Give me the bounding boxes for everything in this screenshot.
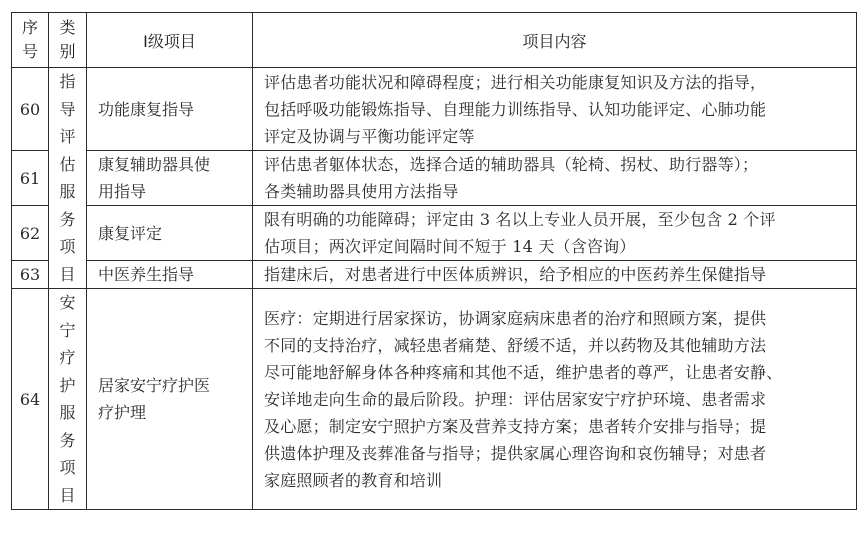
item-name-line: 疗护理: [98, 399, 246, 426]
item-name: 居家安宁疗护医 疗护理: [87, 289, 253, 510]
header-category: 类 别: [49, 13, 87, 68]
header-content: 项目内容: [253, 13, 857, 68]
table-row: 64 安 宁 疗 护 服 务 项 目 居家安宁疗护医 疗护理 医疗：定期进行居家…: [12, 289, 857, 510]
item-content: 评估患者躯体状态，选择合适的辅助器具（轮椅、拐杖、助行器等）； 各类辅助器具使用…: [253, 151, 857, 206]
content-line: 评估患者躯体状态，选择合适的辅助器具（轮椅、拐杖、助行器等）；: [264, 151, 852, 178]
item-name: 康复评定: [87, 206, 253, 261]
content-line: 及心愿；制定安宁照护方案及营养支持方案；患者转介安排与指导；提: [264, 413, 852, 440]
row-number: 64: [12, 289, 49, 510]
header-no-char: 号: [22, 40, 38, 64]
item-content: 评估患者功能状况和障碍程度；进行相关功能康复知识及方法的指导， 包括呼吸功能锻炼…: [253, 68, 857, 151]
category-char: 安: [59, 289, 75, 317]
header-no-char: 序: [22, 16, 38, 40]
service-items-table: 序 号 类 别 Ⅰ级项目 项目内容 60 指 导 评 估 服 务 项 目: [11, 12, 857, 510]
header-category-char: 类: [59, 16, 75, 40]
category-char: 目: [59, 482, 75, 510]
category-char: 务: [59, 206, 75, 234]
content-line: 评定及协调与平衡功能评定等: [264, 123, 852, 150]
content-line: 尽可能地舒解身体各种疼痛和其他不适，维护患者的尊严，让患者安静、: [264, 359, 852, 386]
category-char: 项: [59, 454, 75, 482]
table-row: 62 康复评定 限有明确的功能障碍；评定由 3 名以上专业人员开展，至少包含 2…: [12, 206, 857, 261]
content-line: 限有明确的功能障碍；评定由 3 名以上专业人员开展，至少包含 2 个评: [264, 206, 852, 233]
category-char: 目: [59, 261, 75, 289]
content-line: 估项目；两次评定间隔时间不短于 14 天（含咨询）: [264, 233, 852, 260]
item-name: 功能康复指导: [87, 68, 253, 151]
category-cell: 安 宁 疗 护 服 务 项 目: [49, 289, 87, 510]
category-cell: 指 导 评 估 服 务 项 目: [49, 68, 87, 289]
item-content: 医疗：定期进行居家探访，协调家庭病床患者的治疗和照顾方案，提供 不同的支持治疗，…: [253, 289, 857, 510]
content-line: 家庭照顾者的教育和培训: [264, 467, 852, 494]
content-line: 包括呼吸功能锻炼指导、自理能力训练指导、认知功能评定、心肺功能: [264, 96, 852, 123]
category-char: 指: [59, 68, 75, 96]
table-header-row: 序 号 类 别 Ⅰ级项目 项目内容: [12, 13, 857, 68]
category-char: 宁: [59, 317, 75, 345]
content-line: 安详地走向生命的最后阶段。护理：评估居家安宁疗护环境、患者需求: [264, 386, 852, 413]
category-char: 估: [59, 151, 75, 179]
category-char: 导: [59, 96, 75, 124]
category-char: 项: [59, 233, 75, 261]
content-line: 各类辅助器具使用方法指导: [264, 178, 852, 205]
category-char: 疗: [59, 344, 75, 372]
category-label: 安 宁 疗 护 服 务 项 目: [49, 289, 86, 509]
row-number: 61: [12, 151, 49, 206]
item-content: 限有明确的功能障碍；评定由 3 名以上专业人员开展，至少包含 2 个评 估项目；…: [253, 206, 857, 261]
category-char: 护: [59, 372, 75, 400]
item-content: 指建床后，对患者进行中医体质辨识，给予相应的中医药养生保健指导: [253, 261, 857, 289]
table-row: 61 康复辅助器具使 用指导 评估患者躯体状态，选择合适的辅助器具（轮椅、拐杖、…: [12, 151, 857, 206]
row-number: 60: [12, 68, 49, 151]
content-line: 评估患者功能状况和障碍程度；进行相关功能康复知识及方法的指导，: [264, 69, 852, 96]
content-line: 指建床后，对患者进行中医体质辨识，给予相应的中医药养生保健指导: [264, 261, 852, 288]
content-line: 不同的支持治疗，减轻患者痛楚、舒缓不适，并以药物及其他辅助方法: [264, 332, 852, 359]
item-name-line: 用指导: [98, 178, 246, 205]
category-label: 指 导 评 估 服 务 项 目: [49, 68, 86, 288]
item-name: 中医养生指导: [87, 261, 253, 289]
row-number: 63: [12, 261, 49, 289]
header-no: 序 号: [12, 13, 49, 68]
content-line: 供遗体护理及丧葬准备与指导；提供家属心理咨询和哀伤辅导；对患者: [264, 440, 852, 467]
item-name-line: 康复辅助器具使: [98, 151, 246, 178]
category-char: 服: [59, 399, 75, 427]
category-char: 服: [59, 178, 75, 206]
content-line: 医疗：定期进行居家探访，协调家庭病床患者的治疗和照顾方案，提供: [264, 305, 852, 332]
header-category-char: 别: [59, 40, 75, 64]
table-row: 60 指 导 评 估 服 务 项 目 功能康复指导 评估患者功能状况和障碍程度；…: [12, 68, 857, 151]
category-char: 务: [59, 427, 75, 455]
row-number: 62: [12, 206, 49, 261]
header-item: Ⅰ级项目: [87, 13, 253, 68]
table-row: 63 中医养生指导 指建床后，对患者进行中医体质辨识，给予相应的中医药养生保健指…: [12, 261, 857, 289]
item-name: 康复辅助器具使 用指导: [87, 151, 253, 206]
item-name-line: 居家安宁疗护医: [98, 372, 246, 399]
category-char: 评: [59, 123, 75, 151]
